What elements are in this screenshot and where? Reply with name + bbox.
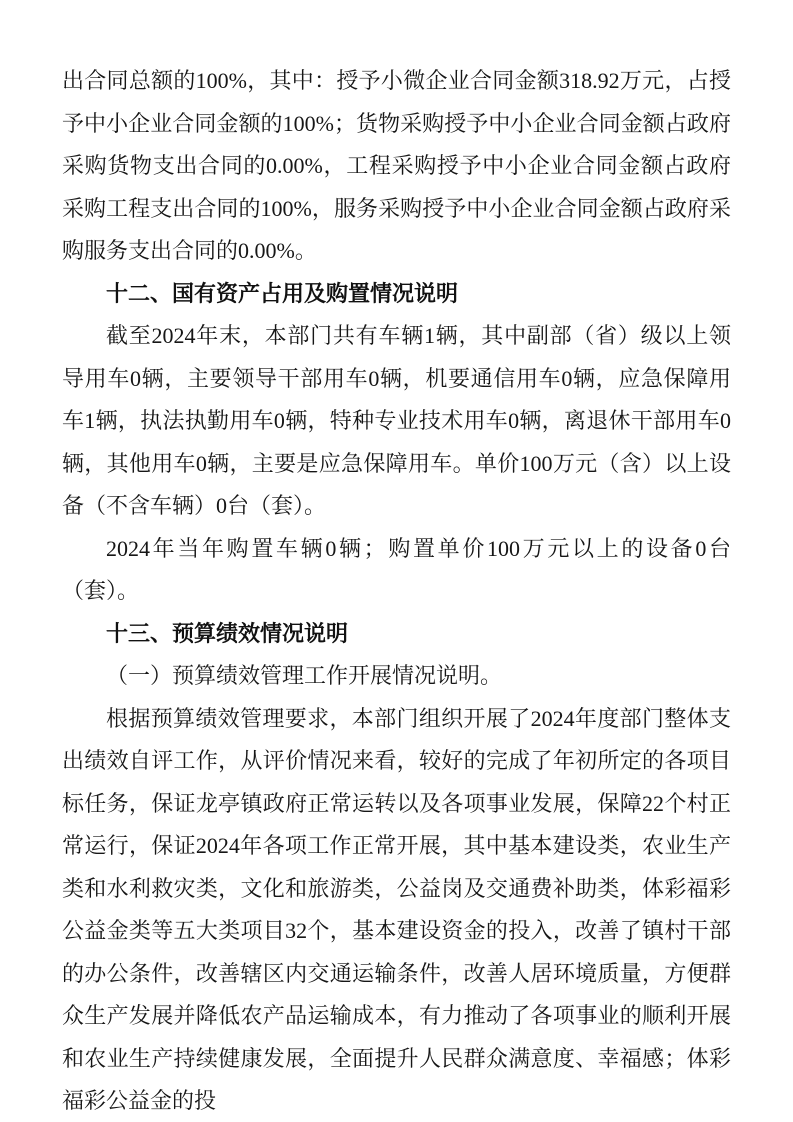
section-heading-state-assets: 十二、国有资产占用及购置情况说明 [62, 273, 731, 316]
paragraph-vehicles-assets: 截至2024年末，本部门共有车辆1辆，其中副部（省）级以上领导用车0辆，主要领导… [62, 315, 731, 528]
document-page: 出合同总额的100%，其中：授予小微企业合同金额318.92万元，占授予中小企业… [0, 0, 793, 1122]
paragraph-performance-self-evaluation: 根据预算绩效管理要求，本部门组织开展了2024年度部门整体支出绩效自评工作，从评… [62, 698, 731, 1122]
paragraph-vehicle-purchases: 2024年当年购置车辆0辆；购置单价100万元以上的设备0台（套）。 [62, 528, 731, 613]
section-heading-budget-performance: 十三、预算绩效情况说明 [62, 613, 731, 656]
paragraph-procurement-continuation: 出合同总额的100%，其中：授予小微企业合同金额318.92万元，占授予中小企业… [62, 60, 731, 273]
subsection-heading-performance-management: （一）预算绩效管理工作开展情况说明。 [62, 655, 731, 698]
